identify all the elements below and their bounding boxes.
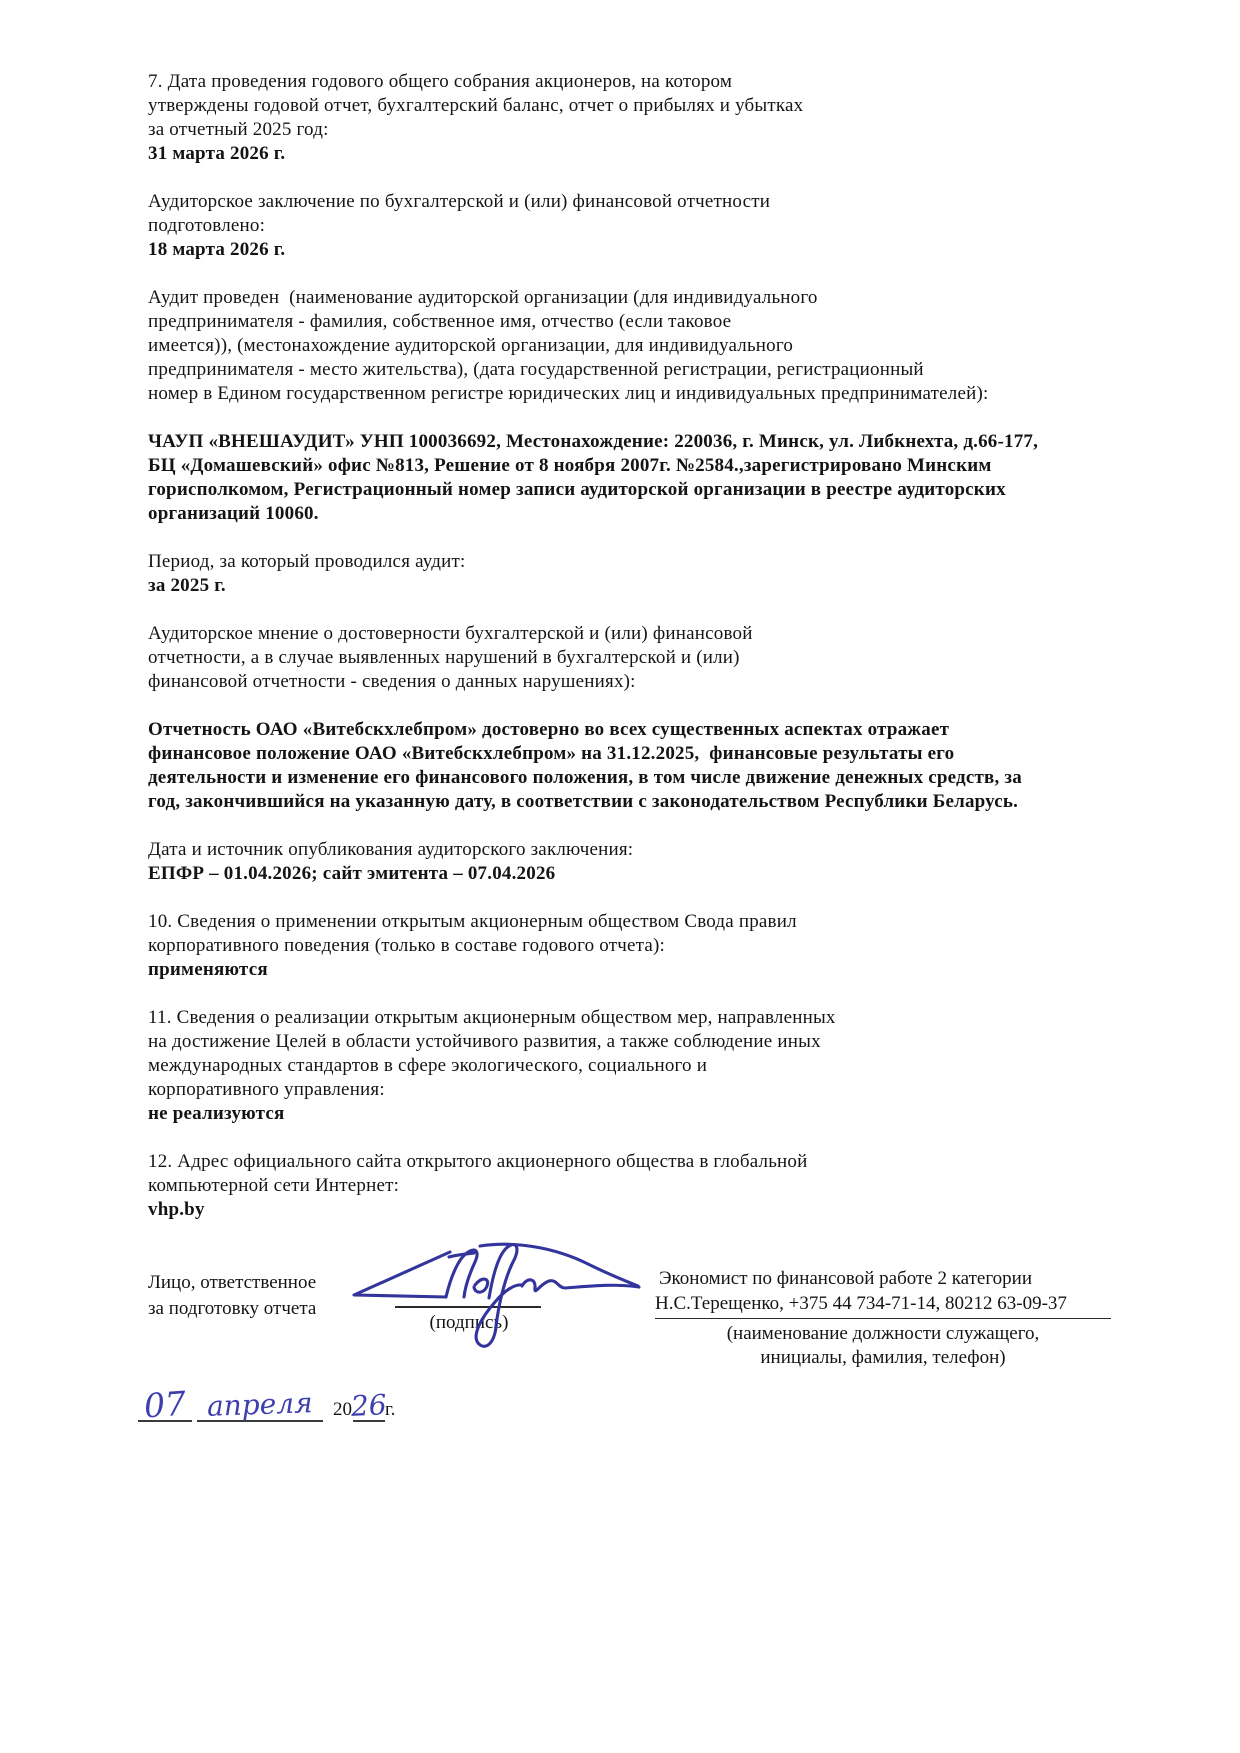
scanned-document-page: 7. Дата проведения годового общего собра… bbox=[0, 0, 1240, 1753]
text-line: отчетности, а в случае выявленных наруше… bbox=[148, 646, 1208, 670]
signatory-contact: Н.С.Терещенко, +375 44 734-71-14, 80212 … bbox=[655, 1291, 1111, 1319]
text-line: 18 марта 2026 г. bbox=[148, 238, 1208, 262]
text-line: vhp.by bbox=[148, 1198, 1208, 1222]
signatory-block: Экономист по финансовой работе 2 категор… bbox=[655, 1266, 1111, 1370]
text-line: 31 марта 2026 г. bbox=[148, 142, 1208, 166]
text-line: деятельности и изменение его финансового… bbox=[148, 766, 1208, 790]
paragraph: Аудит проведен (наименование аудиторской… bbox=[148, 286, 1208, 406]
handwritten-month: апреля bbox=[207, 1388, 314, 1422]
signature-caption: (подпись) bbox=[396, 1312, 542, 1334]
responsible-person-label: Лицо, ответственное за подготовку отчета bbox=[148, 1270, 316, 1322]
text-line: подготовлено: bbox=[148, 214, 1208, 238]
text-line: международных стандартов в сфере экологи… bbox=[148, 1054, 1208, 1078]
text-line: 12. Адрес официального сайта открытого а… bbox=[148, 1150, 1208, 1174]
text-line: Отчетность ОАО «Витебскхлебпром» достове… bbox=[148, 718, 1208, 742]
paragraph: Дата и источник опубликования аудиторско… bbox=[148, 838, 1208, 886]
paragraph: Период, за который проводился аудит:за 2… bbox=[148, 550, 1208, 598]
text-line: применяются bbox=[148, 958, 1208, 982]
text-line: за отчетный 2025 год: bbox=[148, 118, 1208, 142]
text-line: Аудиторское заключение по бухгалтерской … bbox=[148, 190, 1208, 214]
signatory-caption-line2: инициалы, фамилия, телефон) bbox=[655, 1346, 1111, 1370]
text-line: на достижение Целей в области устойчивог… bbox=[148, 1030, 1208, 1054]
text-line: ЧАУП «ВНЕШАУДИТ» УНП 100036692, Местонах… bbox=[148, 430, 1208, 454]
signatory-title: Экономист по финансовой работе 2 категор… bbox=[655, 1266, 1111, 1291]
printed-year-prefix: 20 bbox=[333, 1398, 352, 1422]
text-line: предпринимателя - место жительства), (да… bbox=[148, 358, 1208, 382]
paragraph: ЧАУП «ВНЕШАУДИТ» УНП 100036692, Местонах… bbox=[148, 430, 1208, 526]
paragraph: 7. Дата проведения годового общего собра… bbox=[148, 70, 1208, 166]
text-line: не реализуются bbox=[148, 1102, 1208, 1126]
signatory-caption-line1: (наименование должности служащего, bbox=[655, 1322, 1111, 1346]
date-row: 07 апреля 20 26 г. bbox=[138, 1378, 395, 1422]
text-line: ЕПФР – 01.04.2026; сайт эмитента – 07.04… bbox=[148, 862, 1208, 886]
signature-underline bbox=[395, 1306, 541, 1308]
responsible-label-line1: Лицо, ответственное bbox=[148, 1270, 316, 1296]
paragraph: Аудиторское мнение о достоверности бухга… bbox=[148, 622, 1208, 694]
text-line: имеется)), (местонахождение аудиторской … bbox=[148, 334, 1208, 358]
text-line: компьютерной сети Интернет: bbox=[148, 1174, 1208, 1198]
text-line: горисполкомом, Регистрационный номер зап… bbox=[148, 478, 1208, 502]
text-line: БЦ «Домашевский» офис №813, Решение от 8… bbox=[148, 454, 1208, 478]
text-line: корпоративного поведения (только в соста… bbox=[148, 934, 1208, 958]
paragraph: Аудиторское заключение по бухгалтерской … bbox=[148, 190, 1208, 262]
month-blank-underline: апреля bbox=[197, 1378, 323, 1422]
paragraph: 10. Сведения о применении открытым акцио… bbox=[148, 910, 1208, 982]
handwritten-year-suffix: 26 bbox=[350, 1391, 387, 1421]
text-line: номер в Едином государственном регистре … bbox=[148, 382, 1208, 406]
document-body: 7. Дата проведения годового общего собра… bbox=[148, 70, 1208, 1222]
paragraph: Отчетность ОАО «Витебскхлебпром» достове… bbox=[148, 718, 1208, 814]
text-line: корпоративного управления: bbox=[148, 1078, 1208, 1102]
text-line: за 2025 г. bbox=[148, 574, 1208, 598]
text-line: Аудит проведен (наименование аудиторской… bbox=[148, 286, 1208, 310]
text-line: 10. Сведения о применении открытым акцио… bbox=[148, 910, 1208, 934]
text-line: 11. Сведения о реализации открытым акцио… bbox=[148, 1006, 1208, 1030]
paragraph: 11. Сведения о реализации открытым акцио… bbox=[148, 1006, 1208, 1126]
year-blank-underline: 26 bbox=[353, 1380, 385, 1422]
text-line: утверждены годовой отчет, бухгалтерский … bbox=[148, 94, 1208, 118]
text-line: 7. Дата проведения годового общего собра… bbox=[148, 70, 1208, 94]
signature-ink bbox=[328, 1240, 646, 1354]
text-line: организаций 10060. bbox=[148, 502, 1208, 526]
paragraph: 12. Адрес официального сайта открытого а… bbox=[148, 1150, 1208, 1222]
text-line: Дата и источник опубликования аудиторско… bbox=[148, 838, 1208, 862]
text-line: финансовой отчетности - сведения о данны… bbox=[148, 670, 1208, 694]
text-line: Период, за который проводился аудит: bbox=[148, 550, 1208, 574]
text-line: Аудиторское мнение о достоверности бухга… bbox=[148, 622, 1208, 646]
handwritten-day: 07 bbox=[143, 1389, 187, 1422]
text-line: год, закончившийся на указанную дату, в … bbox=[148, 790, 1208, 814]
responsible-label-line2: за подготовку отчета bbox=[148, 1296, 316, 1322]
text-line: предпринимателя - фамилия, собственное и… bbox=[148, 310, 1208, 334]
day-blank-underline: 07 bbox=[138, 1378, 192, 1422]
text-line: финансовое положение ОАО «Витебскхлебпро… bbox=[148, 742, 1208, 766]
